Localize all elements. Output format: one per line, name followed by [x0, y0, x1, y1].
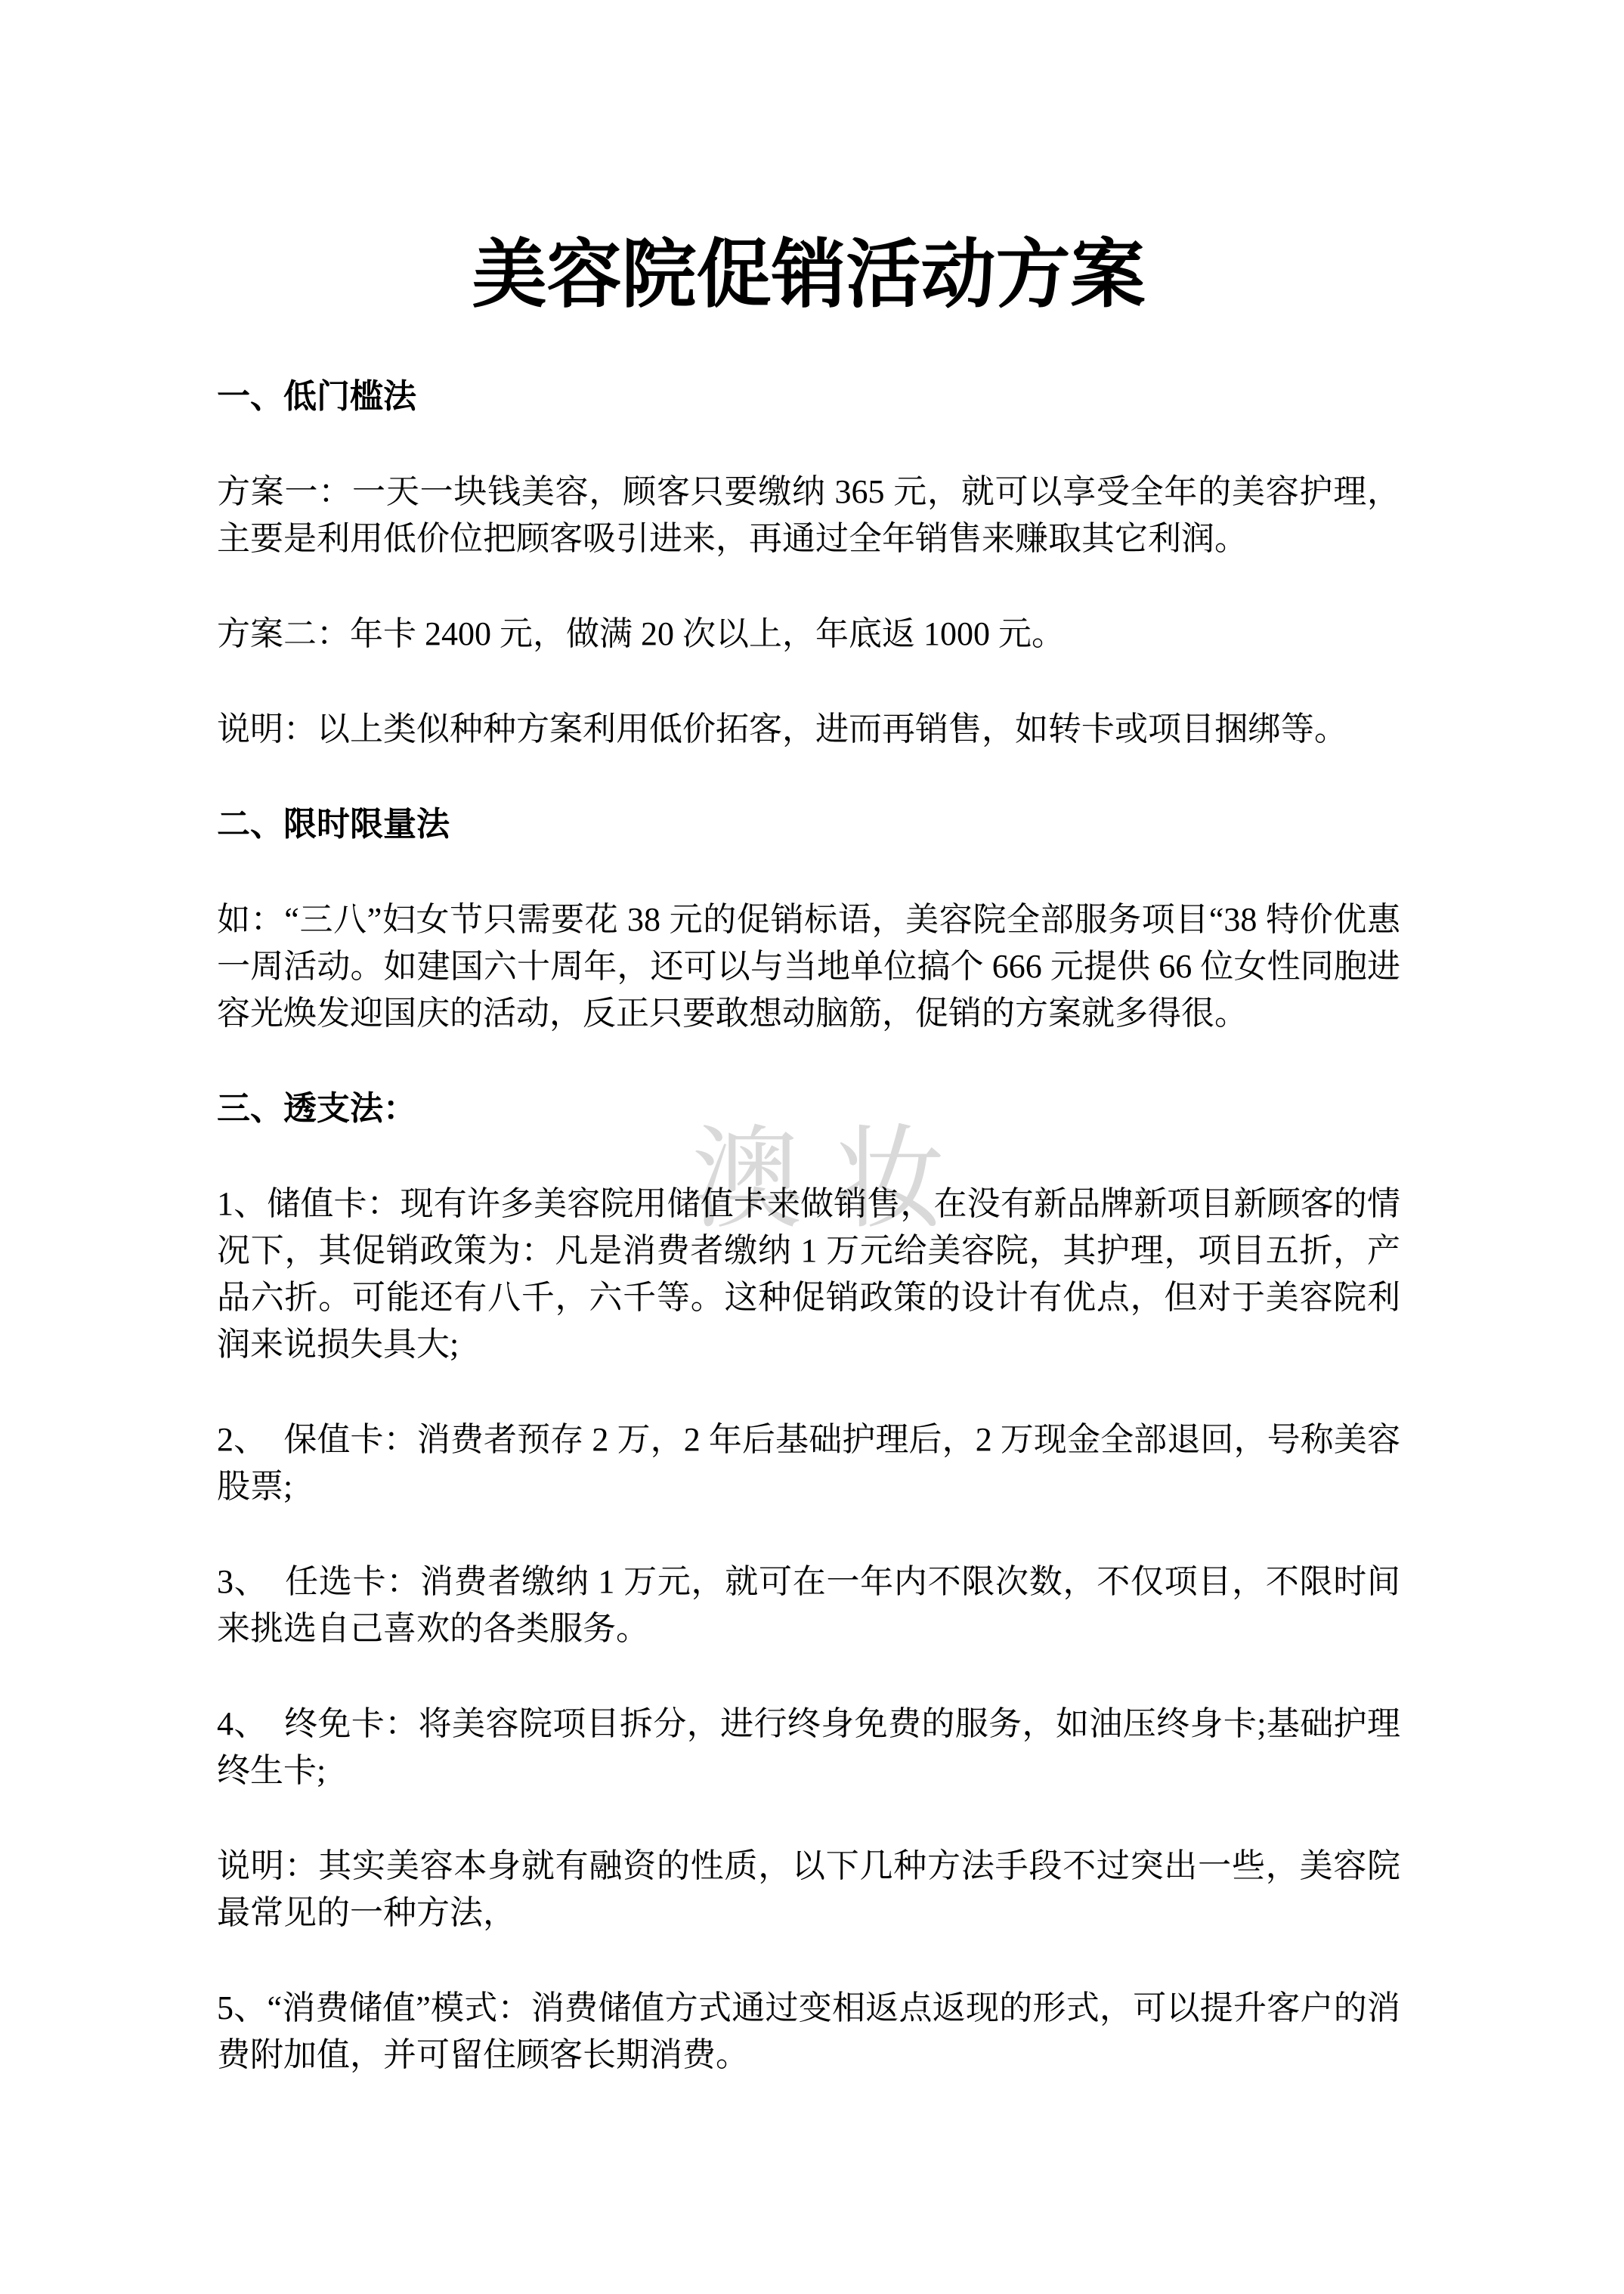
document-content: 美容院促销活动方案 一、低门槛法 方案一：一天一块钱美容，顾客只要缴纳 365 …: [0, 0, 1624, 2079]
paragraph-note-1: 说明：以上类似种种方案利用低价拓客，进而再销售，如转卡或项目捆绑等。: [217, 706, 1400, 753]
paragraph-plan-one: 方案一：一天一块钱美容，顾客只要缴纳 365 元，就可以享受全年的美容护理，主要…: [217, 469, 1400, 562]
paragraph-lifetime-free-card: 4、 终免卡：将美容院项目拆分，进行终身免费的服务，如油压终身卡;基础护理终生卡…: [217, 1701, 1400, 1794]
section-heading-2: 二、限时限量法: [217, 801, 1400, 848]
paragraph-example: 如：“三八”妇女节只需要花 38 元的促销标语，美容院全部服务项目“38 特价优…: [217, 896, 1400, 1037]
section-heading-1: 一、低门槛法: [217, 373, 1400, 420]
document-title: 美容院促销活动方案: [217, 227, 1400, 325]
paragraph-optional-card: 3、 任选卡：消费者缴纳 1 万元，就可在一年内不限次数，不仅项目，不限时间来挑…: [217, 1559, 1400, 1652]
paragraph-plan-two: 方案二：年卡 2400 元，做满 20 次以上，年底返 1000 元。: [217, 611, 1400, 658]
paragraph-stored-value-card: 1、储值卡：现有许多美容院用储值卡来做销售，在没有新品牌新项目新顾客的情况下，其…: [217, 1181, 1400, 1368]
section-heading-3: 三、透支法：: [217, 1085, 1400, 1132]
document-page: 澳妆 美容院促销活动方案 一、低门槛法 方案一：一天一块钱美容，顾客只要缴纳 3…: [0, 0, 1624, 2294]
paragraph-consume-stored-value-mode: 5、“消费储值”模式：消费储值方式通过变相返点返现的形式，可以提升客户的消费附加…: [217, 1985, 1400, 2079]
paragraph-guaranteed-value-card: 2、 保值卡：消费者预存 2 万，2 年后基础护理后，2 万现金全部退回，号称美…: [217, 1416, 1400, 1510]
paragraph-note-2: 说明：其实美容本身就有融资的性质，以下几种方法手段不过突出一些，美容院最常见的一…: [217, 1843, 1400, 1936]
